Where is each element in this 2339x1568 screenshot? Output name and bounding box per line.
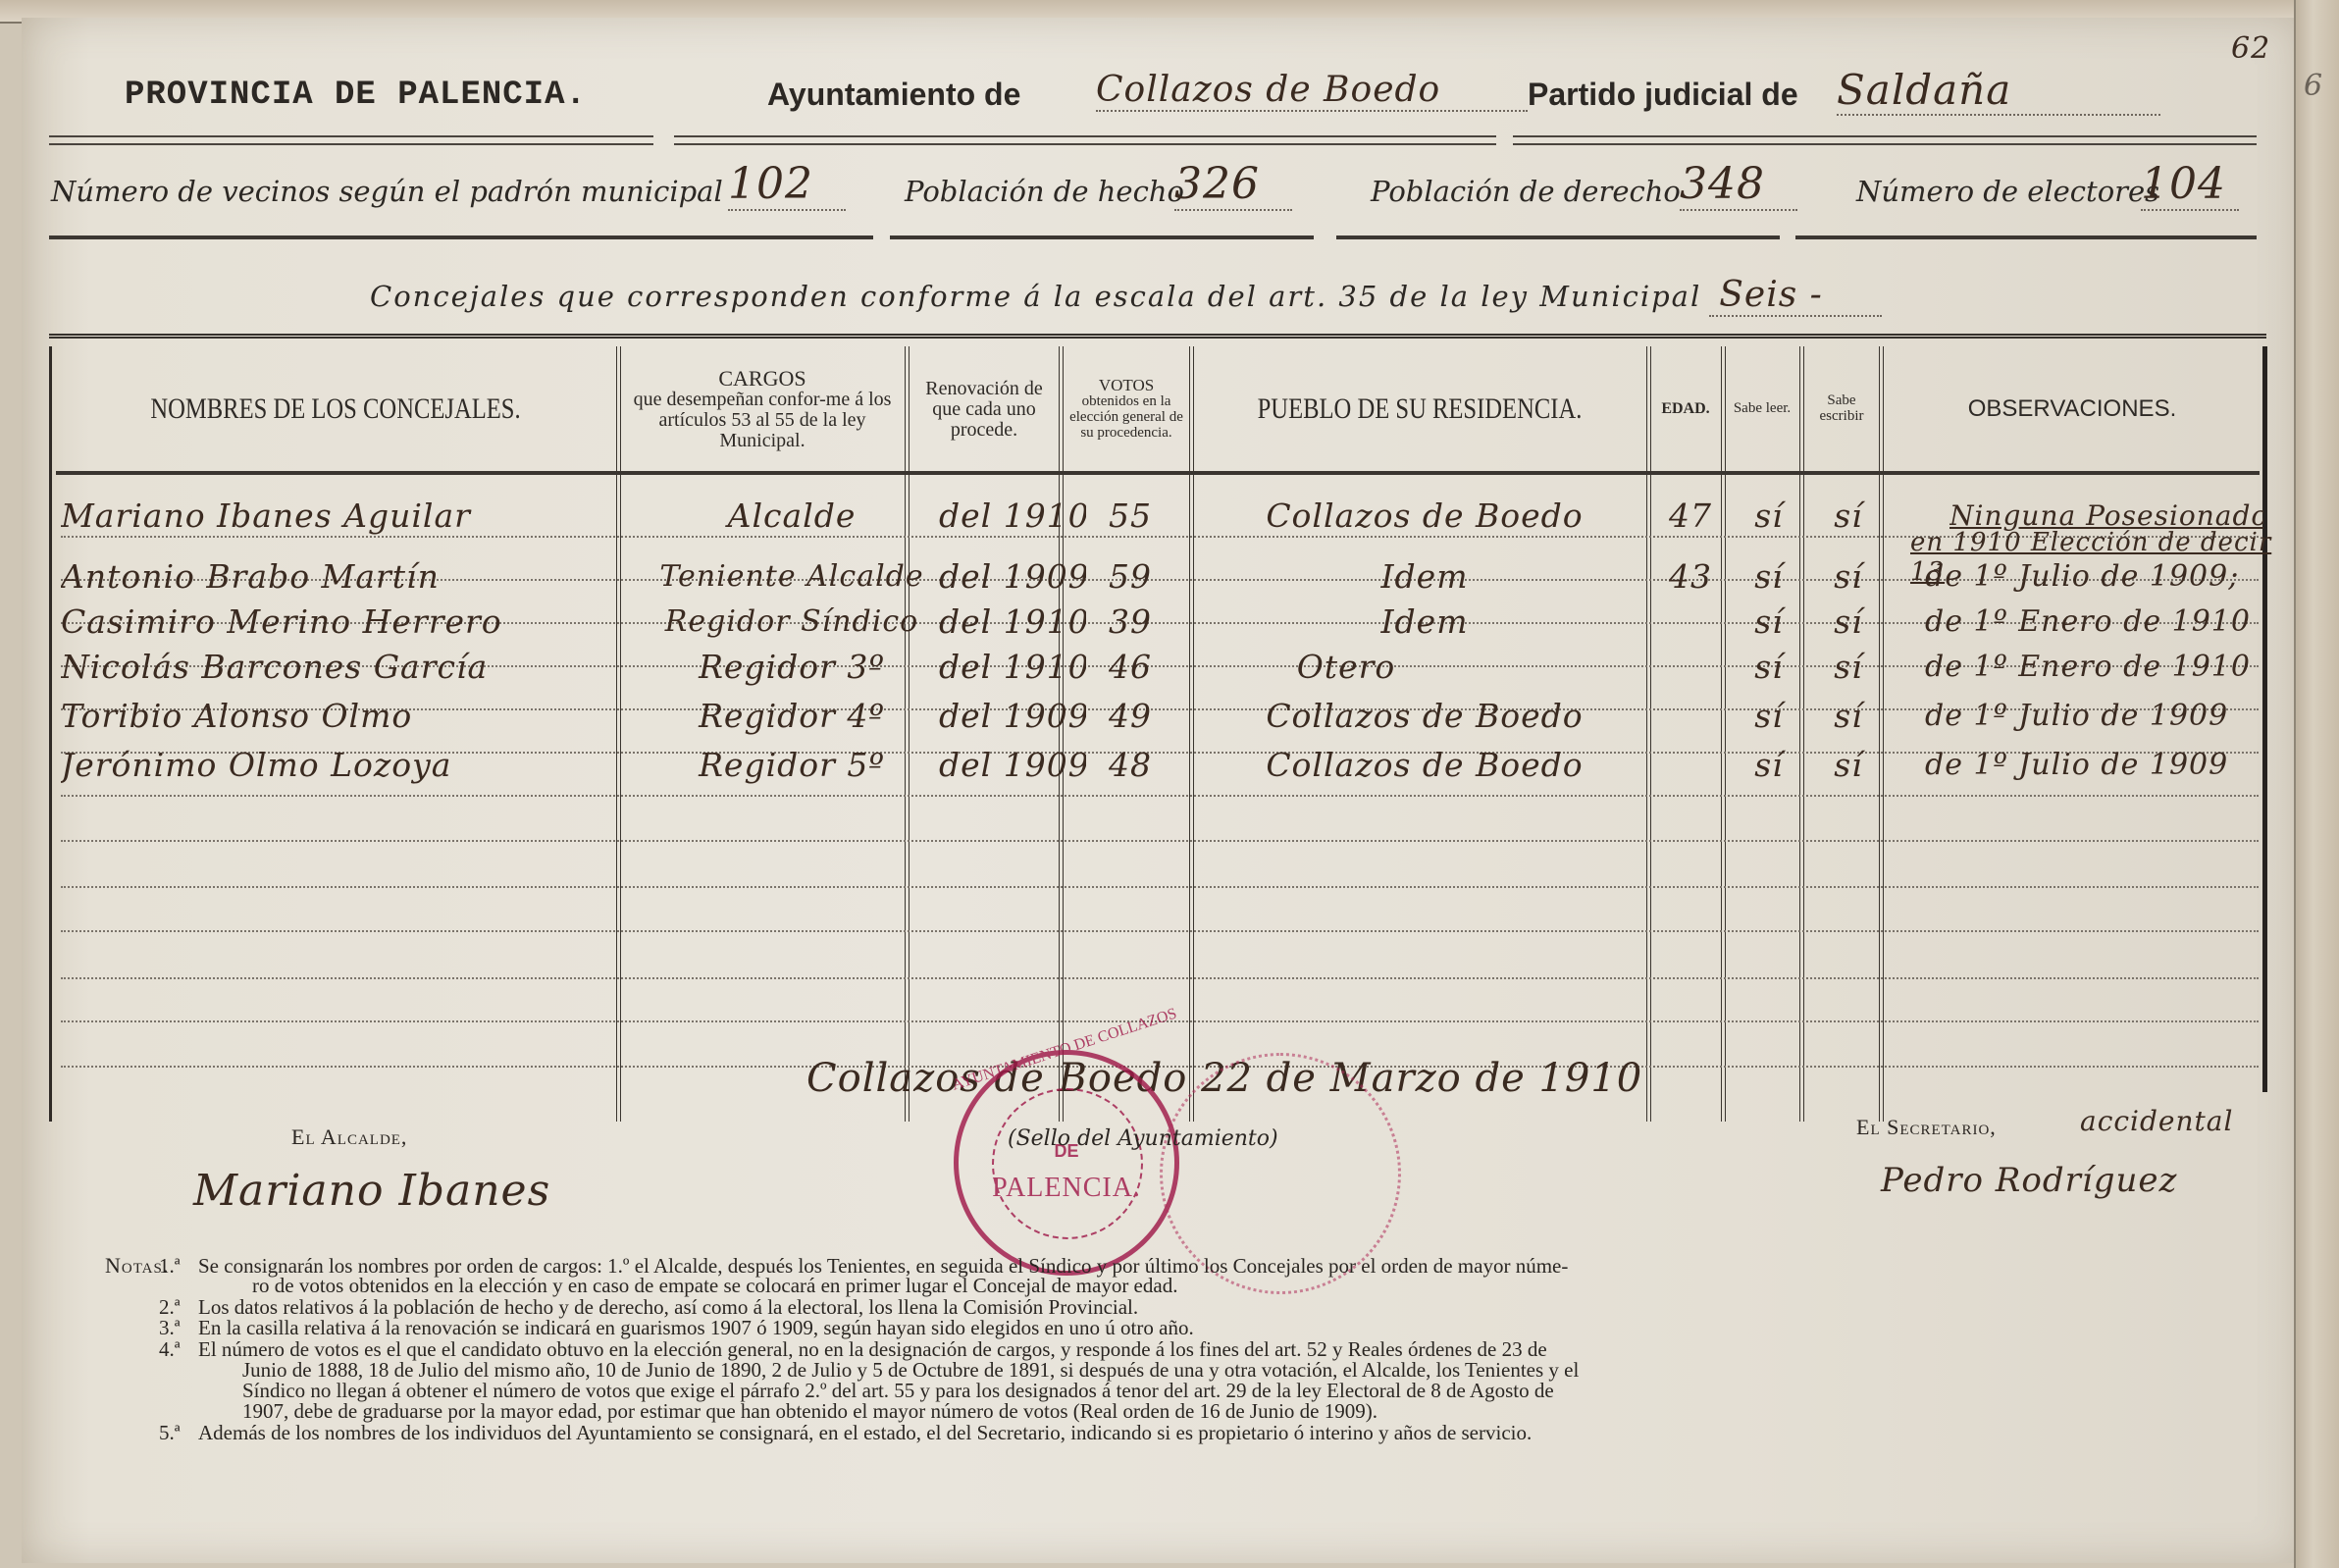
cell-edad: 43	[1655, 555, 1726, 599]
concejales-value: Seis -	[1709, 275, 1882, 317]
note-number: 3.ª	[159, 1318, 181, 1337]
cell-sabe-escribir: sí	[1812, 744, 1885, 787]
cell-sabe-leer: sí	[1734, 695, 1804, 738]
cell-nombre: Mariano Ibanes Aguilar	[61, 495, 620, 538]
header-sabe-escribir: Sabe escribir	[1805, 351, 1878, 467]
concejales-line: Concejales que corresponden conforme á l…	[370, 275, 1882, 315]
cell-observaciones: de 1º Julio de 1909;	[1925, 555, 2259, 599]
concejales-label: Concejales que corresponden conforme á l…	[370, 280, 1701, 313]
note-5: 5.ª Además de los nombres de los individ…	[198, 1423, 2288, 1442]
cell-sabe-leer: sí	[1734, 744, 1804, 787]
cell-cargo: Regidor Síndico	[659, 601, 924, 644]
cell-pueblo: Idem	[1199, 555, 1650, 599]
note-text: En la casilla relativa á la renovación s…	[198, 1316, 1194, 1339]
cell-pueblo: Otero	[1199, 646, 1493, 689]
cell-nombre: Antonio Brabo Martín	[61, 555, 620, 599]
header-votos-sub: obtenidos en la elección general de su p…	[1065, 394, 1188, 441]
cell-observaciones: de 1º Julio de 1909	[1925, 744, 2259, 787]
cell-nombre: Nicolás Barcones García	[61, 646, 620, 689]
row-line	[61, 840, 2259, 842]
table-row: Antonio Brabo Martín Teniente Alcalde de…	[56, 555, 2260, 599]
poblacion-hecho-label: Población de hecho	[905, 175, 1184, 208]
cell-votos: 55	[1066, 495, 1194, 538]
vecinos-label: Número de vecinos según el padrón munici…	[51, 175, 723, 208]
poblacion-derecho-value: 348	[1680, 159, 1797, 211]
row-line	[61, 930, 2259, 932]
header-row: PROVINCIA DE PALENCIA. Ayuntamiento de C…	[22, 72, 2298, 131]
divider	[674, 135, 1496, 145]
note-2: 2.ª Los datos relativos á la población d…	[198, 1297, 2288, 1317]
ayuntamiento-value: Collazos de Boedo	[1096, 70, 1528, 112]
table-row: Nicolás Barcones García Regidor 3º del 1…	[56, 646, 2260, 689]
note-1: 1.ª Se consignarán los nombres por orden…	[198, 1256, 2288, 1276]
cell-votos: 48	[1066, 744, 1194, 787]
table-border	[49, 346, 52, 1122]
cell-sabe-leer: sí	[1734, 646, 1804, 689]
province-title: PROVINCIA DE PALENCIA.	[125, 77, 587, 114]
header-cargos-sub: que desempeñan confor-me á los artículos…	[622, 390, 903, 451]
header-edad: EDAD.	[1652, 351, 1719, 467]
cell-cargo: Teniente Alcalde	[659, 555, 924, 599]
cell-renovacion: del 1909	[939, 555, 1086, 599]
municipal-seal-stamp: AYUNTAMIENTO DE COLLAZOS DE PALENCIA.	[954, 1050, 1179, 1276]
cell-cargo: Regidor 3º	[659, 646, 924, 689]
cell-sabe-leer: sí	[1734, 555, 1804, 599]
cell-edad	[1655, 695, 1726, 738]
cell-pueblo: Collazos de Boedo	[1199, 744, 1650, 787]
secretario-signature: Pedro Rodríguez	[1881, 1161, 2177, 1200]
cell-renovacion: del 1909	[939, 744, 1086, 787]
secretario-label: El Secretario,	[1856, 1115, 1997, 1140]
header-sabe-leer: Sabe leer.	[1727, 351, 1797, 467]
table-row: Casimiro Merino Herrero Regidor Síndico …	[56, 601, 2260, 644]
cell-pueblo: Collazos de Boedo	[1199, 695, 1650, 738]
cell-pueblo: Idem	[1199, 601, 1650, 644]
cell-edad	[1655, 646, 1726, 689]
secretario-note: accidental	[2080, 1105, 2233, 1137]
divider	[1795, 235, 2257, 239]
header-cargos-title: CARGOS	[718, 367, 806, 390]
header-divider	[56, 471, 2260, 475]
header-cargos: CARGOS que desempeñan confor-me á los ar…	[622, 351, 903, 467]
cell-cargo: Regidor 4º	[659, 695, 924, 738]
cell-nombre: Casimiro Merino Herrero	[61, 601, 620, 644]
note-4: 4.ª El número de votos es el que el cand…	[198, 1339, 2288, 1359]
stamp-city: PALENCIA.	[959, 1173, 1174, 1204]
note-number: 1.ª	[159, 1256, 181, 1276]
partido-judicial-value: Saldaña	[1837, 66, 2160, 116]
cell-sabe-escribir: sí	[1812, 695, 1885, 738]
cell-observaciones: de 1º Enero de 1910	[1925, 601, 2259, 644]
cell-sabe-leer: sí	[1734, 495, 1804, 538]
cell-nombre: Jerónimo Olmo Lozoya	[61, 744, 630, 787]
alcalde-label: El Alcalde,	[291, 1124, 407, 1150]
divider	[49, 235, 873, 239]
vecinos-value: 102	[728, 159, 846, 211]
divider	[1336, 235, 1780, 239]
cell-sabe-escribir: sí	[1812, 495, 1885, 538]
page-number: 62	[2231, 31, 2270, 66]
header-votos-title: VOTOS	[1099, 377, 1154, 394]
header-nombres: NOMBRES DE LOS CONCEJALES.	[106, 351, 564, 467]
divider	[49, 135, 653, 145]
cell-pueblo: Collazos de Boedo	[1199, 495, 1650, 538]
cell-sabe-escribir: sí	[1812, 601, 1885, 644]
document-page: 62 PROVINCIA DE PALENCIA. Ayuntamiento d…	[22, 18, 2298, 1563]
cell-renovacion: del 1910	[939, 646, 1086, 689]
ayuntamiento-label: Ayuntamiento de	[767, 77, 1020, 113]
cell-votos: 46	[1066, 646, 1194, 689]
page-edge: 6	[2294, 0, 2339, 1568]
note-text: Además de los nombres de los individuos …	[198, 1421, 1532, 1444]
header-observaciones: OBSERVACIONES.	[1886, 351, 2259, 467]
partido-judicial-label: Partido judicial de	[1528, 77, 1798, 113]
divider	[1513, 135, 2257, 145]
note-3: 3.ª En la casilla relativa á la renovaci…	[198, 1318, 2288, 1337]
header-renovacion: Renovación de que cada uno procede.	[910, 351, 1058, 467]
row-line	[61, 795, 2259, 797]
electores-value: 104	[2141, 159, 2239, 211]
note-number: 2.ª	[159, 1297, 181, 1317]
poblacion-hecho-value: 326	[1174, 159, 1292, 211]
cell-sabe-escribir: sí	[1812, 555, 1885, 599]
note-4-cont: 1907, debe de graduarse por la mayor eda…	[242, 1401, 2332, 1421]
cell-votos: 39	[1066, 601, 1194, 644]
cell-edad	[1655, 601, 1726, 644]
cell-sabe-escribir: sí	[1812, 646, 1885, 689]
table-border	[2262, 346, 2267, 1092]
cell-sabe-leer: sí	[1734, 601, 1804, 644]
cell-votos: 49	[1066, 695, 1194, 738]
row-line	[61, 886, 2259, 888]
cell-cargo: Regidor 5º	[659, 744, 924, 787]
table-row: Jerónimo Olmo Lozoya Regidor 5º del 1909…	[56, 744, 2260, 787]
cell-observaciones: de 1º Enero de 1910	[1925, 646, 2259, 689]
note-number: 4.ª	[159, 1339, 181, 1359]
note-4-cont: Junio de 1888, 18 de Julio del mismo año…	[242, 1360, 2332, 1380]
row-line	[61, 977, 2259, 979]
cell-renovacion: del 1909	[939, 695, 1086, 738]
cell-renovacion: del 1910	[939, 495, 1086, 538]
cell-renovacion: del 1910	[939, 601, 1086, 644]
cell-votos: 59	[1066, 555, 1194, 599]
cell-cargo: Alcalde	[659, 495, 924, 538]
note-1-cont: ro de votos obtenidos en la elección y e…	[252, 1276, 2339, 1295]
cell-nombre: Toribio Alonso Olmo	[61, 695, 620, 738]
cell-edad	[1655, 744, 1726, 787]
sello-label: (Sello del Ayuntamiento)	[1008, 1126, 1278, 1151]
population-stats: Número de vecinos según el padrón munici…	[22, 165, 2298, 224]
cell-observaciones: de 1º Julio de 1909	[1925, 695, 2259, 738]
poblacion-derecho-label: Población de derecho	[1371, 175, 1681, 208]
header-votos: VOTOS obtenidos en la elección general d…	[1065, 351, 1188, 467]
divider	[890, 235, 1314, 239]
electores-label: Número de electores	[1856, 175, 2159, 208]
note-4-cont: Síndico no llegan á obtener el número de…	[242, 1381, 2332, 1400]
cell-edad: 47	[1655, 495, 1726, 538]
stamp-inner-ring	[992, 1088, 1143, 1239]
margin-page-number: 6	[2304, 69, 2322, 103]
note-number: 5.ª	[159, 1423, 181, 1442]
table-row: Toribio Alonso Olmo Regidor 4º del 1909 …	[56, 695, 2260, 738]
alcalde-signature: Mariano Ibanes	[193, 1166, 550, 1216]
header-pueblo: PUEBLO DE SU RESIDENCIA.	[1235, 351, 1604, 467]
